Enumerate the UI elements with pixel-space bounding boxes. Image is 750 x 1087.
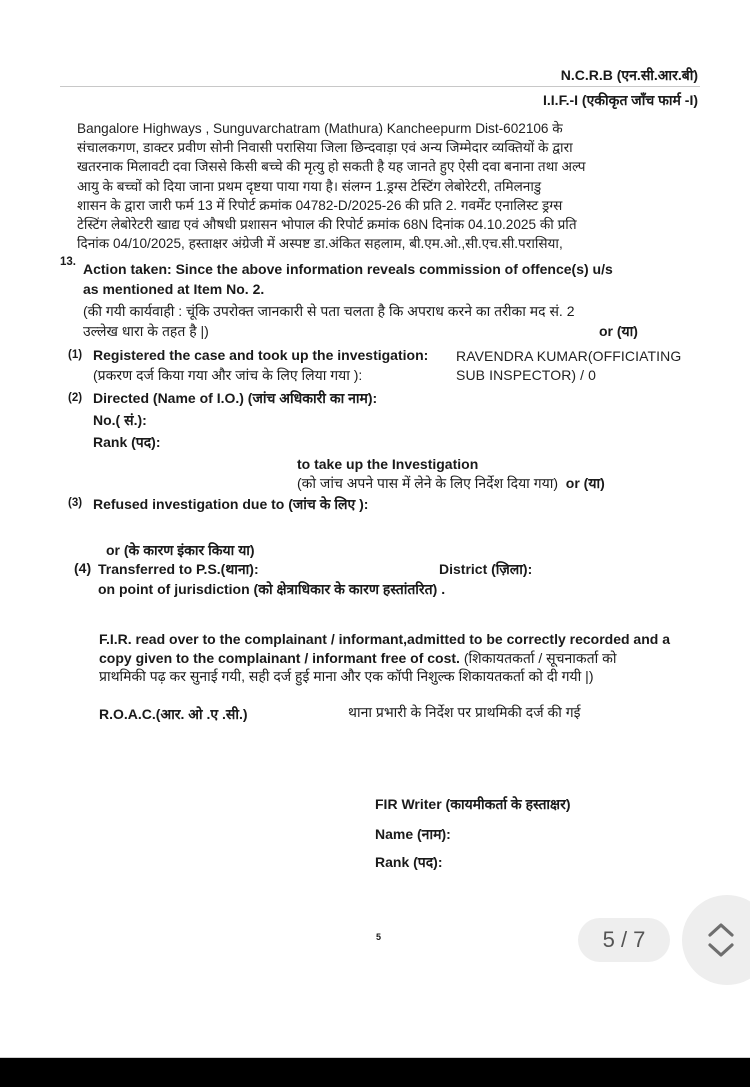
paragraph-line: आयु के बच्चों को दिया जाना प्रथम दृष्टया…: [77, 177, 586, 196]
or-label: or (या): [566, 475, 605, 491]
io-rank-label: Rank (पद):: [93, 433, 161, 452]
action-taken-title: Action taken: Since the above informatio…: [83, 261, 613, 277]
fir-statement-line3: प्राथमिकी पढ़ कर सुनाई गयी, सही दर्ज हुई…: [99, 667, 593, 686]
paragraph-line: संचालकगण, डाक्टर प्रवीण सोनी निवासी परास…: [77, 138, 586, 157]
district-label: District (ज़िला):: [439, 560, 532, 579]
paragraph-line: दिनांक 04/10/2025, हस्ताक्षर अंग्रेजी मे…: [77, 234, 586, 253]
item-1-number: (1): [68, 349, 82, 361]
paragraph-line: टेस्टिंग लेबोरेटरी खाद्य एवं औषधी प्रशास…: [77, 215, 586, 234]
paragraph-line: खतरनाक मिलावटी दवा जिससे किसी बच्चे की म…: [77, 157, 586, 176]
item-2-number: (2): [68, 392, 82, 404]
registered-case-label: Registered the case and took up the inve…: [93, 347, 428, 363]
take-up-investigation-hindi: (को जांच अपने पास में लेने के लिए निर्दे…: [297, 474, 605, 493]
chevron-up-down-icon: [706, 919, 736, 961]
take-up-investigation: to take up the Investigation: [297, 456, 478, 472]
iif-form-title: I.I.F.-I (एकीकृत जाँच फार्म -I): [543, 91, 698, 110]
document-page-number: 5: [376, 932, 381, 942]
roac-value: थाना प्रभारी के निर्देश पर प्राथमिकी दर्…: [348, 703, 581, 722]
fir-statement-hindi: (शिकायतकर्ता / सूचनाकर्ता को: [460, 650, 617, 666]
take-up-hindi-text: (को जांच अपने पास में लेने के लिए निर्दे…: [297, 475, 558, 491]
paragraph-line: शासन के द्वारा जारी फर्म 13 में रिपोर्ट …: [77, 196, 586, 215]
system-navigation-bar: [0, 1058, 750, 1087]
investigating-officer-value: RAVENDRA KUMAR(OFFICIATING: [456, 348, 681, 364]
fir-statement-line1: F.I.R. read over to the complainant / in…: [99, 631, 670, 647]
refused-or-line: or (के कारण इंकार किया या): [106, 541, 255, 560]
fir-writer-title: FIR Writer (कायमीकर्ता के हस्ताक्षर): [375, 795, 571, 814]
paragraph-line: Bangalore Highways , Sunguvarchatram (Ma…: [77, 119, 586, 138]
jurisdiction-line: on point of jurisdiction (को क्षेत्राधिक…: [98, 580, 445, 599]
or-label: or (या): [599, 322, 638, 341]
section-number: 13.: [60, 256, 76, 268]
fir-writer-rank-label: Rank (पद):: [375, 853, 443, 872]
page-navigation-button[interactable]: [682, 895, 750, 985]
item-4-number: (4): [74, 560, 91, 576]
transferred-ps-label: Transferred to P.S.(थाना):: [98, 560, 259, 579]
refused-investigation-label: Refused investigation due to (जांच के लि…: [93, 495, 368, 514]
header-divider: [60, 86, 700, 87]
page-indicator: 5 / 7: [578, 918, 670, 962]
roac-label: R.O.A.C.(आर. ओ .ए .सी.): [99, 705, 248, 724]
fir-statement-line2: copy given to the complainant / informan…: [99, 649, 617, 668]
investigating-officer-value-cont: SUB INSPECTOR) / 0: [456, 367, 596, 383]
registered-case-hindi: (प्रकरण दर्ज किया गया और जांच के लिए लिय…: [93, 366, 362, 385]
ncrb-header: N.C.R.B (एन.सी.आर.बी): [561, 66, 698, 85]
io-number-label: No.( सं.):: [93, 411, 147, 430]
action-taken-title-cont: as mentioned at Item No. 2.: [83, 281, 264, 297]
directed-io-label: Directed (Name of I.O.) (जांच अधिकारी का…: [93, 389, 377, 408]
action-taken-hindi-cont: उल्लेख धारा के तहत है |): [83, 322, 209, 341]
item-3-number: (3): [68, 497, 82, 509]
complaint-paragraph: Bangalore Highways , Sunguvarchatram (Ma…: [77, 119, 586, 253]
fir-writer-name-label: Name (नाम):: [375, 825, 451, 844]
action-taken-hindi: (की गयी कार्यवाही : चूंकि उपरोक्त जानकार…: [83, 302, 575, 321]
fir-statement-bold: copy given to the complainant / informan…: [99, 650, 460, 666]
